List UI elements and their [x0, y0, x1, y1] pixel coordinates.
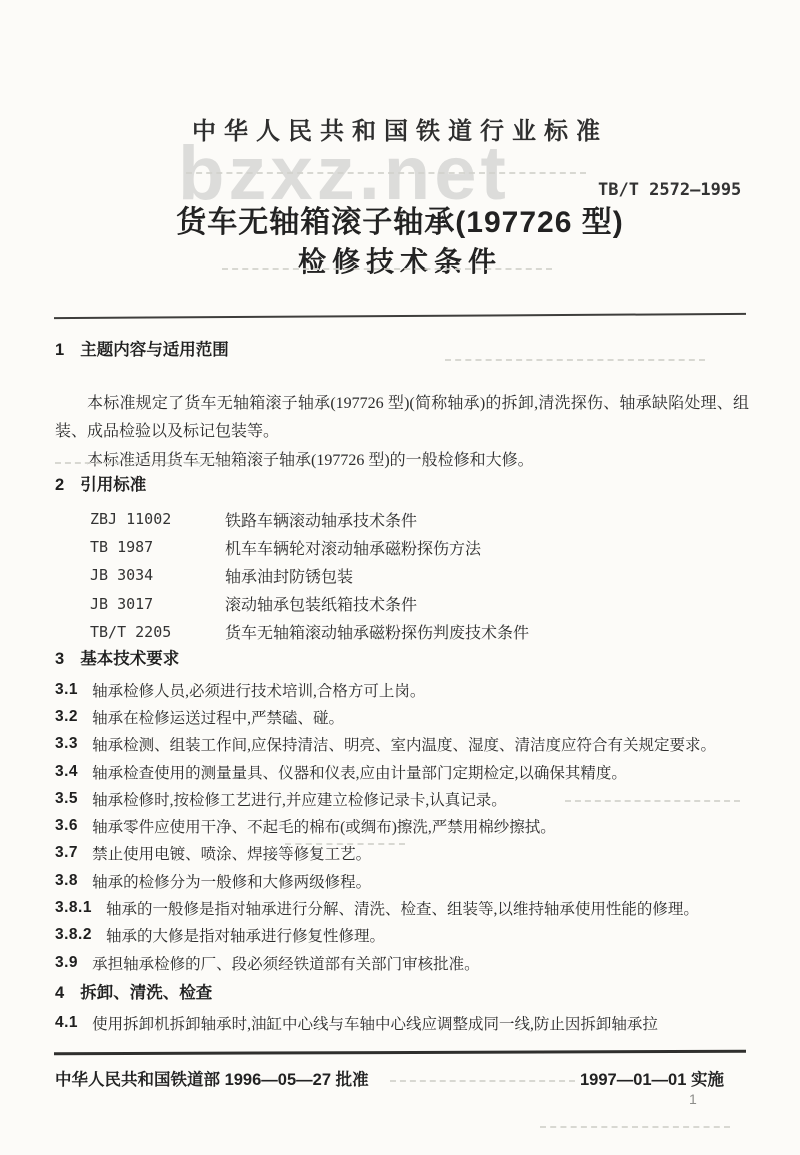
section-number: 4 — [55, 984, 64, 1003]
clause-number: 3.6 — [55, 817, 78, 835]
reference-code: TB/T 2205 — [90, 623, 225, 641]
section-number: 3 — [55, 650, 64, 669]
reference-row: ZBJ 11002 铁路车辆滚动轴承技术条件 — [90, 505, 529, 533]
clause: 3.7 禁止使用电镀、喷涂、焊接等修复工艺。 — [55, 840, 755, 867]
clause: 3.8.1 轴承的一般修是指对轴承进行分解、清洗、检查、组装等,以维持轴承使用性… — [55, 894, 755, 921]
clause-text: 轴承的大修是指对轴承进行修复性修理。 — [106, 924, 385, 946]
clause-number: 3.1 — [55, 681, 78, 699]
section-4-items: 4.1 使用拆卸机拆卸轴承时,油缸中心线与车轴中心线应调整成同一线,防止因拆卸轴… — [55, 1009, 755, 1036]
reference-code: TB 1987 — [90, 538, 225, 556]
section-1-paragraph-2: 本标准适用货车无轴箱滚子轴承(197726 型)的一般检修和大修。 — [55, 447, 749, 475]
implementation-note: 1997—01—01 实施 — [580, 1066, 724, 1090]
section-title: 基本技术要求 — [80, 650, 179, 668]
clause: 3.6 轴承零件应使用干净、不起毛的棉布(或绸布)擦洗,严禁用棉纱擦拭。 — [55, 812, 755, 839]
reference-code: ZBJ 11002 — [90, 510, 225, 528]
section-title: 引用标准 — [80, 476, 146, 494]
header-divider — [54, 313, 746, 319]
clause-text: 承担轴承检修的厂、段必须经铁道部有关部门审核批准。 — [92, 952, 480, 974]
reference-title: 货车无轴箱滚动轴承磁粉探伤判废技术条件 — [225, 620, 529, 643]
clause: 4.1 使用拆卸机拆卸轴承时,油缸中心线与车轴中心线应调整成同一线,防止因拆卸轴… — [55, 1009, 755, 1036]
reference-row: JB 3034 轴承油封防锈包装 — [90, 561, 529, 589]
clause-number: 3.8.1 — [55, 899, 92, 917]
clause-number: 3.5 — [55, 790, 78, 808]
scan-artifact — [540, 1126, 730, 1128]
clause-text: 轴承检修时,按检修工艺进行,并应建立检修记录卡,认真记录。 — [92, 788, 507, 810]
section-number: 1 — [55, 341, 64, 360]
scan-artifact — [186, 172, 586, 174]
page-number: 1 — [689, 1091, 697, 1107]
clause-number: 3.8.2 — [55, 926, 92, 944]
section-3-items: 3.1 轴承检修人员,必须进行技术培训,合格方可上岗。 3.2 轴承在检修运送过… — [55, 676, 755, 976]
reference-title: 铁路车辆滚动轴承技术条件 — [225, 508, 417, 531]
clause: 3.9 承担轴承检修的厂、段必须经铁道部有关部门审核批准。 — [55, 949, 755, 976]
section-1-paragraph-1: 本标准规定了货车无轴箱滚子轴承(197726 型)(简称轴承)的拆卸,清洗探伤、… — [55, 390, 749, 445]
clause-number: 3.8 — [55, 872, 78, 890]
scan-artifact — [222, 268, 552, 270]
clause-text: 轴承在检修运送过程中,严禁磕、碰。 — [92, 706, 344, 728]
reference-title: 机车车辆轮对滚动轴承磁粉探伤方法 — [225, 536, 481, 559]
scan-artifact — [285, 843, 405, 845]
reference-list: ZBJ 11002 铁路车辆滚动轴承技术条件 TB 1987 机车车辆轮对滚动轴… — [90, 505, 529, 646]
clause-number: 3.9 — [55, 954, 78, 972]
scan-artifact — [55, 462, 240, 464]
section-2-heading: 2引用标准 — [55, 471, 146, 495]
scan-artifact — [565, 800, 740, 802]
section-4-heading: 4拆卸、清洗、检查 — [55, 979, 212, 1003]
reference-row: TB/T 2205 货车无轴箱滚动轴承磁粉探伤判废技术条件 — [90, 618, 529, 646]
clause: 3.3 轴承检测、组装工作间,应保持清洁、明亮、室内温度、湿度、清洁度应符合有关… — [55, 731, 755, 758]
reference-row: JB 3017 滚动轴承包装纸箱技术条件 — [90, 590, 529, 618]
section-title: 主题内容与适用范围 — [80, 341, 229, 359]
section-number: 2 — [55, 476, 64, 495]
clause: 3.8 轴承的检修分为一般修和大修两级修程。 — [55, 867, 755, 894]
footer-divider — [54, 1050, 746, 1055]
reference-title: 滚动轴承包装纸箱技术条件 — [225, 592, 417, 615]
section-1-heading: 1主题内容与适用范围 — [55, 336, 229, 360]
reference-code: JB 3034 — [90, 566, 225, 584]
clause-text: 轴承检修人员,必须进行技术培训,合格方可上岗。 — [92, 679, 425, 701]
reference-row: TB 1987 机车车辆轮对滚动轴承磁粉探伤方法 — [90, 533, 529, 561]
document-title-line1: 货车无轴箱滚子轴承(197726 型) — [0, 197, 800, 241]
section-title: 拆卸、清洗、检查 — [80, 984, 212, 1002]
clause-text: 使用拆卸机拆卸轴承时,油缸中心线与车轴中心线应调整成同一线,防止因拆卸轴承拉 — [92, 1012, 658, 1034]
clause-text: 禁止使用电镀、喷涂、焊接等修复工艺。 — [92, 842, 371, 864]
clause: 3.8.2 轴承的大修是指对轴承进行修复性修理。 — [55, 922, 755, 949]
clause-number: 3.7 — [55, 844, 78, 862]
clause: 3.5 轴承检修时,按检修工艺进行,并应建立检修记录卡,认真记录。 — [55, 785, 755, 812]
section-3-heading: 3基本技术要求 — [55, 645, 179, 669]
clause-text: 轴承检测、组装工作间,应保持清洁、明亮、室内温度、湿度、清洁度应符合有关规定要求… — [92, 733, 716, 755]
document-page: 中华人民共和国铁道行业标准 bzxz.net TB/T 2572—1995 货车… — [0, 0, 800, 1155]
clause-number: 3.2 — [55, 708, 78, 726]
approval-note: 中华人民共和国铁道部 1996—05—27 批准 — [55, 1066, 369, 1090]
scan-artifact — [390, 1080, 575, 1082]
clause: 3.1 轴承检修人员,必须进行技术培训,合格方可上岗。 — [55, 676, 755, 703]
reference-code: JB 3017 — [90, 595, 225, 613]
scan-artifact — [445, 359, 705, 361]
clause-number: 3.3 — [55, 735, 78, 753]
clause-number: 4.1 — [55, 1014, 78, 1032]
clause-text: 轴承零件应使用干净、不起毛的棉布(或绸布)擦洗,严禁用棉纱擦拭。 — [92, 815, 556, 837]
clause: 3.4 轴承检查使用的测量量具、仪器和仪表,应由计量部门定期检定,以确保其精度。 — [55, 758, 755, 785]
clause-text: 轴承的一般修是指对轴承进行分解、清洗、检查、组装等,以维持轴承使用性能的修理。 — [106, 897, 699, 919]
clause: 3.2 轴承在检修运送过程中,严禁磕、碰。 — [55, 703, 755, 730]
clause-text: 轴承检查使用的测量量具、仪器和仪表,应由计量部门定期检定,以确保其精度。 — [92, 761, 627, 783]
reference-title: 轴承油封防锈包装 — [225, 564, 353, 587]
clause-number: 3.4 — [55, 763, 78, 781]
clause-text: 轴承的检修分为一般修和大修两级修程。 — [92, 870, 371, 892]
document-title-line2: 检修技术条件 — [0, 240, 800, 280]
